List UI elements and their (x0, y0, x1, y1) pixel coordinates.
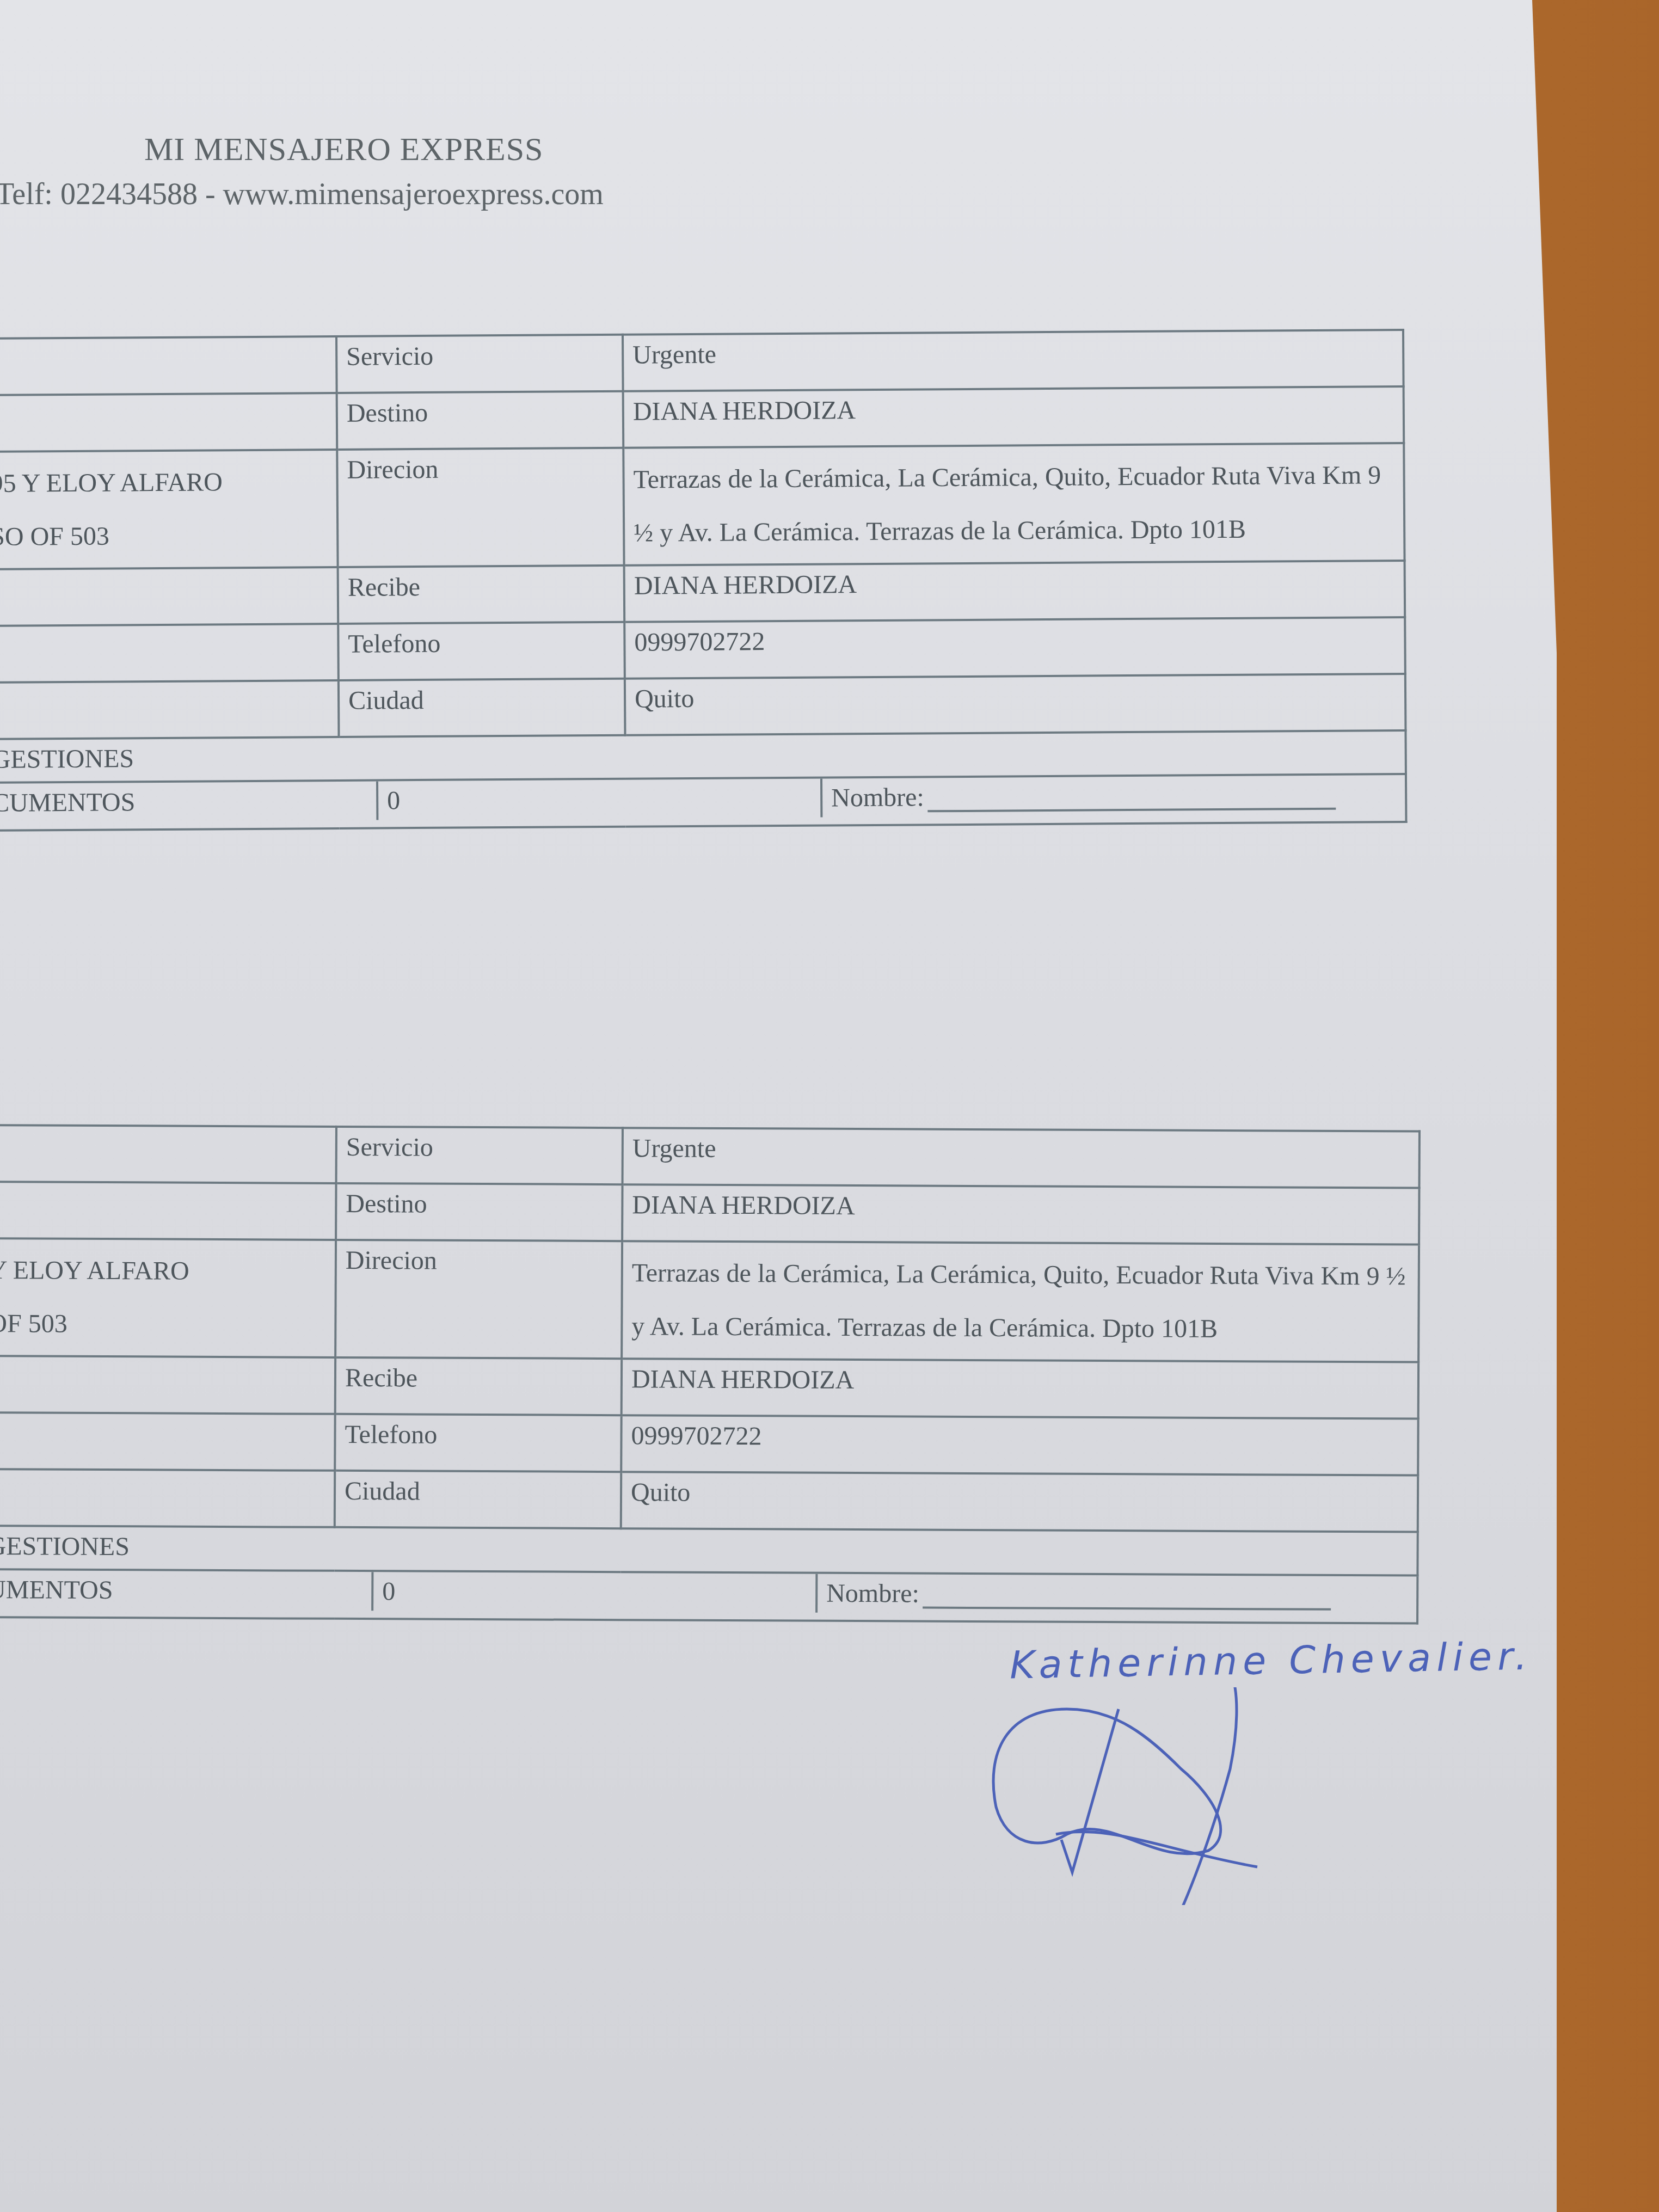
company-name: MI MENSAJERO EXPRESS (144, 131, 543, 168)
name-label: Nombre: (831, 783, 924, 812)
field-value: 0999702722 (624, 617, 1405, 679)
sender-cell (0, 1469, 335, 1527)
field-label: Destino (337, 391, 624, 450)
documents-count: 0 (373, 1572, 818, 1613)
sender-cell (0, 624, 339, 683)
receipt-table-1: Servicio Urgente Destino DIANA HERDOIZA … (0, 329, 1407, 832)
gestiones-row: GESTIONES (0, 1526, 1418, 1576)
field-label: Destino (336, 1183, 622, 1241)
sender-address-line: OF 503 (0, 1297, 326, 1352)
table-row: Recibe DIANA HERDOIZA (0, 561, 1405, 626)
field-label: Servicio (336, 1127, 623, 1184)
documents-label: CUMENTOS (0, 782, 378, 822)
field-label: Recibe (335, 1357, 622, 1415)
sender-address-line: SO OF 503 (0, 508, 328, 564)
field-value: DIANA HERDOIZA (624, 561, 1405, 622)
sender-cell (0, 1182, 336, 1240)
field-value: Terrazas de la Cerámica, La Cerámica, Qu… (622, 1241, 1419, 1362)
documents-label: UMENTOS (0, 1570, 373, 1611)
table-row: Servicio Urgente (0, 1125, 1420, 1188)
field-value: DIANA HERDOIZA (622, 1359, 1418, 1418)
field-value: 0999702722 (621, 1415, 1418, 1475)
table-row: Recibe DIANA HERDOIZA (0, 1356, 1418, 1419)
sender-cell (0, 1412, 335, 1471)
receipt-table-2: Servicio Urgente Destino DIANA HERDOIZA … (0, 1124, 1421, 1625)
table-row: Telefono 0999702722 (0, 617, 1405, 683)
field-label: Ciudad (339, 679, 625, 737)
sender-cell (0, 336, 337, 395)
table-row: Ciudad Quito (0, 674, 1405, 739)
field-label: Telefono (338, 622, 625, 680)
paper-sheet: MI MENSAJERO EXPRESS Telf: 022434588 - w… (0, 0, 1557, 2212)
sender-address-line: 95 Y ELOY ALFARO (0, 455, 328, 511)
field-label: Telefono (335, 1414, 621, 1472)
field-value: Urgente (623, 1128, 1420, 1188)
documents-row: UMENTOS 0 Nombre: (0, 1569, 1417, 1624)
handwritten-name: Katherinne Chevalier. (1009, 1634, 1533, 1688)
signature-icon (974, 1687, 1328, 1905)
table-row: Y ELOY ALFARO OF 503 Direcion Terrazas d… (0, 1238, 1419, 1362)
field-label: Ciudad (335, 1471, 621, 1528)
field-label: Direcion (337, 448, 624, 567)
sender-cell (0, 680, 339, 739)
field-value: Quito (621, 1472, 1418, 1532)
sender-address-line: Y ELOY ALFARO (0, 1244, 326, 1299)
field-value: Terrazas de la Cerámica, La Cerámica, Qu… (623, 443, 1404, 566)
name-field: Nombre: (822, 775, 1405, 818)
field-label: Servicio (336, 335, 623, 393)
gestiones-heading: GESTIONES (0, 1526, 1418, 1576)
field-value: Quito (625, 674, 1406, 735)
sender-cell (0, 393, 337, 452)
sender-cell (0, 567, 338, 626)
documents-row: CUMENTOS 0 Nombre: (0, 774, 1406, 831)
table-row: Destino DIANA HERDOIZA (0, 386, 1404, 452)
sender-address: 95 Y ELOY ALFARO SO OF 503 (0, 450, 338, 569)
company-contact: Telf: 022434588 - www.mimensajeroexpress… (0, 177, 604, 212)
table-row: 95 Y ELOY ALFARO SO OF 503 Direcion Terr… (0, 443, 1405, 569)
field-value: DIANA HERDOIZA (623, 386, 1404, 448)
sender-cell (0, 1356, 335, 1414)
table-row: Destino DIANA HERDOIZA (0, 1182, 1420, 1245)
field-label: Direcion (335, 1240, 622, 1359)
documents-count: 0 (378, 779, 822, 820)
name-label: Nombre: (826, 1579, 919, 1608)
sender-cell (0, 1125, 336, 1183)
field-label: Recibe (338, 566, 625, 624)
table-row: Ciudad Quito (0, 1469, 1418, 1532)
table-row: Telefono 0999702722 (0, 1412, 1418, 1476)
name-blank-line (927, 786, 1336, 813)
name-field: Nombre: (818, 1574, 1416, 1615)
field-value: DIANA HERDOIZA (622, 1184, 1419, 1244)
table-row: Servicio Urgente (0, 330, 1404, 395)
field-value: Urgente (623, 330, 1404, 391)
name-blank-line (923, 1585, 1331, 1611)
sender-address: Y ELOY ALFARO OF 503 (0, 1238, 336, 1357)
